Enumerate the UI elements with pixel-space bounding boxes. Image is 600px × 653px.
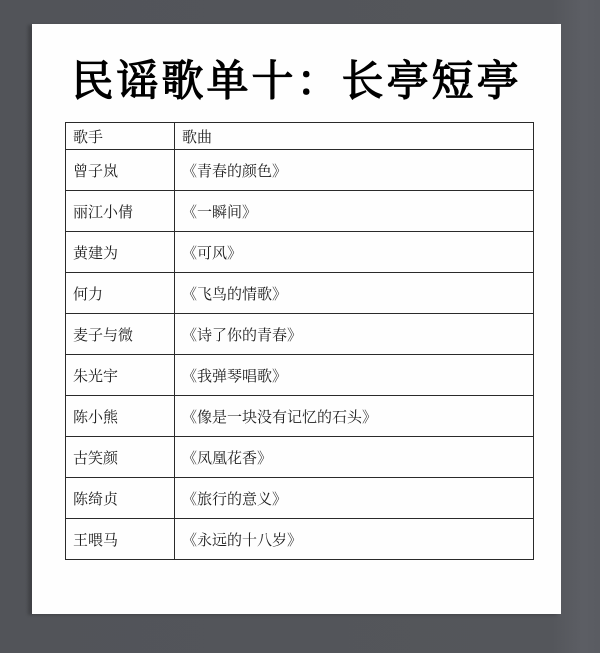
table-row: 陈绮贞 《旅行的意义》	[66, 478, 534, 519]
songs-table-header: 歌手 歌曲	[66, 123, 534, 150]
songs-table-body: 曾子岚 《青春的颜色》 丽江小倩 《一瞬间》 黄建为 《可风》 何力 《飞鸟的情…	[66, 150, 534, 560]
singer-cell: 丽江小倩	[66, 191, 175, 232]
song-cell: 《飞鸟的情歌》	[175, 273, 534, 314]
songs-table: 歌手 歌曲 曾子岚 《青春的颜色》 丽江小倩 《一瞬间》 黄建为 《可风》 何力…	[65, 122, 534, 560]
table-row: 麦子与微 《诗了你的青春》	[66, 314, 534, 355]
song-cell: 《青春的颜色》	[175, 150, 534, 191]
singer-cell: 陈小熊	[66, 396, 175, 437]
song-cell: 《像是一块没有记忆的石头》	[175, 396, 534, 437]
singer-cell: 曾子岚	[66, 150, 175, 191]
singer-cell: 古笑颜	[66, 437, 175, 478]
singer-column-header: 歌手	[66, 123, 175, 150]
table-row: 古笑颜 《凤凰花香》	[66, 437, 534, 478]
table-row: 王喂马 《永远的十八岁》	[66, 519, 534, 560]
paper-page: 民谣歌单十：长亭短亭 歌手 歌曲 曾子岚 《青春的颜色》 丽江小倩 《一瞬间》 …	[32, 24, 561, 614]
table-row: 何力 《飞鸟的情歌》	[66, 273, 534, 314]
song-cell: 《我弹琴唱歌》	[175, 355, 534, 396]
song-cell: 《永远的十八岁》	[175, 519, 534, 560]
singer-cell: 麦子与微	[66, 314, 175, 355]
singer-cell: 陈绮贞	[66, 478, 175, 519]
singer-cell: 黄建为	[66, 232, 175, 273]
singer-cell: 朱光宇	[66, 355, 175, 396]
singer-cell: 何力	[66, 273, 175, 314]
table-row: 朱光宇 《我弹琴唱歌》	[66, 355, 534, 396]
table-row: 陈小熊 《像是一块没有记忆的石头》	[66, 396, 534, 437]
song-column-header: 歌曲	[175, 123, 534, 150]
table-row: 黄建为 《可风》	[66, 232, 534, 273]
song-cell: 《可风》	[175, 232, 534, 273]
table-row: 丽江小倩 《一瞬间》	[66, 191, 534, 232]
page-title: 民谣歌单十：长亭短亭	[32, 23, 561, 119]
song-cell: 《旅行的意义》	[175, 478, 534, 519]
screenshot-root: { "page": { "title": "民谣歌单十：长亭短亭", "back…	[0, 0, 600, 653]
song-cell: 《一瞬间》	[175, 191, 534, 232]
song-cell: 《诗了你的青春》	[175, 314, 534, 355]
singer-cell: 王喂马	[66, 519, 175, 560]
header-row: 歌手 歌曲	[66, 123, 534, 150]
song-cell: 《凤凰花香》	[175, 437, 534, 478]
table-row: 曾子岚 《青春的颜色》	[66, 150, 534, 191]
